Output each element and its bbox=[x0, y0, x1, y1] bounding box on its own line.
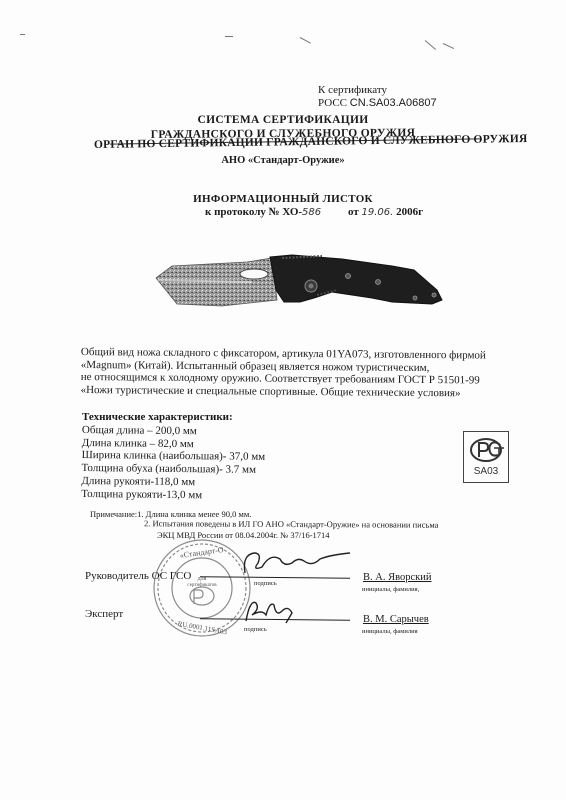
svg-text:RU.0001.11SA03: RU.0001.11SA03 bbox=[177, 620, 228, 637]
note-item2: 2. Испытания поведены в ИЛ ГО АНО «Станд… bbox=[144, 518, 439, 530]
pct-logo-icon bbox=[471, 439, 504, 461]
knife-photo bbox=[152, 240, 452, 325]
signatory-name-head: В. А. Яворский bbox=[363, 572, 431, 583]
signature-caption: подпись bbox=[244, 626, 267, 633]
name-caption: инициалы, фамилия, bbox=[362, 586, 419, 593]
protocol-date: от 19.06. 2006г bbox=[348, 206, 423, 218]
note-label: Примечание: bbox=[90, 509, 137, 519]
certificate-number: CN.SA03.А06807 bbox=[350, 97, 437, 109]
protocol-reference: к протоколу № ХО-586 bbox=[205, 206, 321, 218]
spec-item: Толщина рукояти-13,0 мм bbox=[81, 488, 265, 503]
certificate-label: К сертификату bbox=[318, 84, 437, 97]
spec-item: Длина рукояти-118,0 мм bbox=[81, 475, 265, 490]
date-handwritten: 19.06. bbox=[362, 207, 394, 218]
name-caption: инициалы, фамилия bbox=[362, 628, 418, 635]
mark-code: SA03 bbox=[474, 466, 499, 477]
organization-name: АНО «Стандарт-Оружие» bbox=[0, 155, 566, 166]
scan-artifact bbox=[225, 36, 233, 37]
specs-title: Технические характеристики: bbox=[82, 411, 233, 423]
sheet-title: ИНФОРМАЦИОННЫЙ ЛИСТОК bbox=[0, 193, 566, 205]
date-label: от bbox=[348, 206, 359, 218]
certificate-prefix: РОСС bbox=[318, 97, 347, 109]
signatory-role-expert: Эксперт bbox=[85, 608, 123, 620]
scan-artifact bbox=[300, 37, 311, 44]
signatory-role-head: Руководитель ОС ГСО bbox=[85, 570, 191, 582]
scan-artifact bbox=[425, 40, 436, 50]
specs-list: Общая длина – 200,0 мм Длина клинка – 82… bbox=[81, 424, 265, 502]
system-title-line1: СИСТЕМА СЕРТИФИКАЦИИ bbox=[0, 114, 566, 126]
product-description: Общий вид ножа складного с фиксатором, а… bbox=[81, 346, 486, 400]
protocol-number: 586 bbox=[302, 207, 321, 218]
conformity-mark: SA03 bbox=[463, 431, 509, 483]
signatory-name-expert: В. М. Сарычев bbox=[363, 614, 429, 625]
scan-artifact bbox=[443, 43, 454, 49]
scan-artifact bbox=[20, 34, 25, 35]
protocol-label: к протоколу № ХО- bbox=[205, 206, 302, 218]
svg-text:сертификатов: сертификатов bbox=[187, 583, 217, 588]
signature-caption: подпись bbox=[254, 580, 277, 587]
certificate-reference: К сертификату РОСС CN.SA03.А06807 bbox=[318, 84, 437, 110]
date-year: 2006г bbox=[396, 206, 423, 218]
